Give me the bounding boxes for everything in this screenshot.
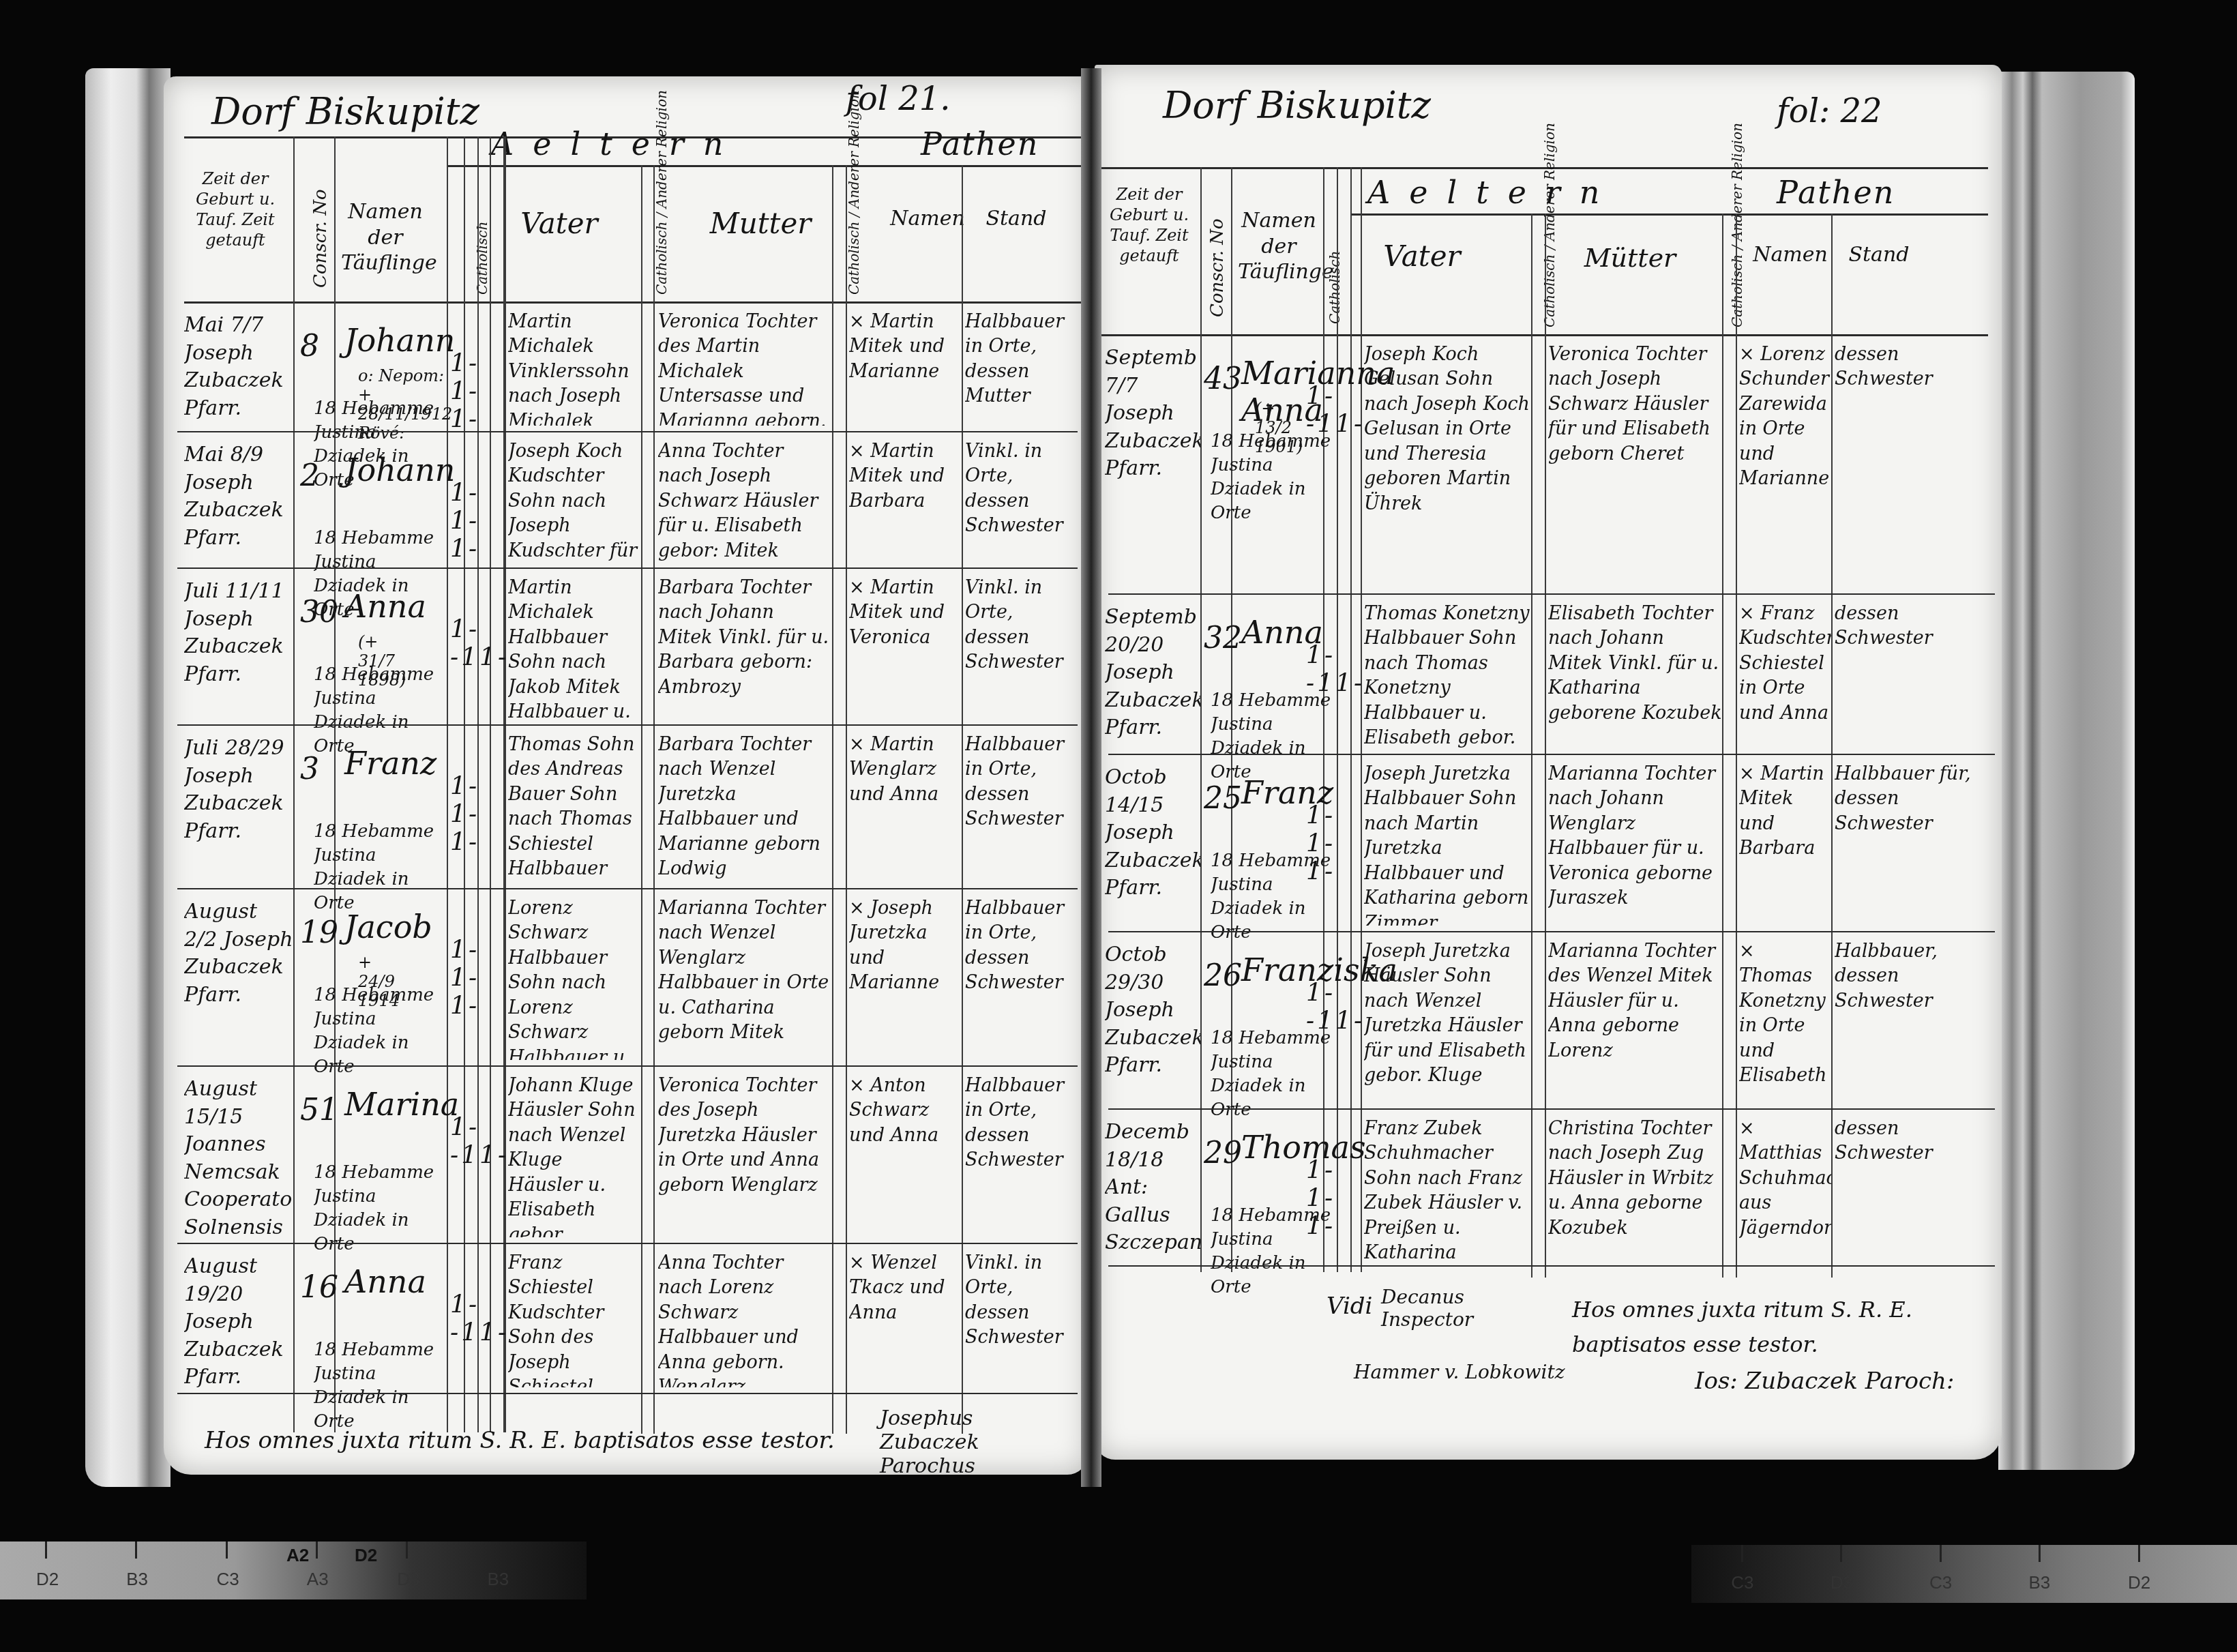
ruler-tick: [226, 1542, 228, 1559]
house-number: 8: [300, 329, 319, 364]
sponsors-entry: × Martin Wenglarz und Anna: [849, 733, 962, 883]
midwife: 18 Hebamme Justina Dziadek in Orte: [314, 820, 450, 915]
ruler-tick: [1940, 1545, 1942, 1562]
entry-divider: [1108, 1265, 1995, 1267]
entry-divider: [1108, 593, 1995, 595]
house-number: 51: [300, 1093, 338, 1127]
entry-divider: [177, 1243, 1078, 1244]
father-entry: Johann Kluge Häusler Sohn nach Wenzel Kl…: [508, 1074, 641, 1237]
mother-flags-header: Catholisch / Anderer Religion: [1729, 218, 1745, 327]
ruler-label: B3: [2029, 1572, 2051, 1593]
ruler-label: D3: [397, 1569, 419, 1590]
sponsor-status-entry: Vinkl. in Orte, dessen Schwester: [965, 576, 1081, 719]
status-marks: 1--11-: [450, 1113, 509, 1169]
sponsors-entry: × Wenzel Tkacz und Anna: [849, 1251, 962, 1387]
mother-entry: Anna Tochter nach Joseph Schwarz Häusler…: [658, 439, 832, 562]
column-rule: [490, 136, 491, 1432]
sponsors-entry: × Martin Mitek und Barbara: [1739, 762, 1831, 926]
house-number: 16: [300, 1270, 338, 1305]
midwife: 18 Hebamme Justina Dziadek in Orte: [1211, 689, 1340, 784]
father-entry: Thomas Sohn des Andreas Bauer Sohn nach …: [508, 733, 641, 883]
ruler-tick: [135, 1542, 137, 1559]
sponsors-entry: × Matthias Schuhmacher aus Jägerndorf: [1739, 1117, 1831, 1260]
visa-signature: Decanus Inspector: [1381, 1286, 1531, 1331]
sponsor-status-entry: dessen Schwester: [1835, 342, 1985, 588]
mother-entry: Christina Tochter nach Joseph Zug Häusle…: [1548, 1117, 1722, 1260]
status-marks: 1-1-1-: [1306, 801, 1335, 885]
book-edge-right: [1998, 72, 2135, 1470]
entry-divider: [1108, 1108, 1995, 1110]
ruler-top-label: A2: [286, 1545, 309, 1566]
sponsors-entry: × Joseph Juretzka und Marianne: [849, 896, 962, 1060]
house-number: 19: [300, 915, 338, 950]
entry-date: Mai 7/7 Joseph Zubaczek Pfarr.: [184, 312, 293, 428]
mother-entry: Veronica Tochter des Martin Michalek Unt…: [658, 310, 832, 426]
sponsor-status-header: Stand: [972, 206, 1061, 232]
attestation-text: Hos omnes juxta ritum S. R. E. baptisato…: [1572, 1293, 1954, 1362]
child-name-header: Namen der Täuflinge: [341, 199, 430, 276]
status-marks: 1-1-1-: [450, 936, 479, 1020]
visa-label: Vidi: [1327, 1293, 1372, 1320]
ruler-tick: [2039, 1545, 2041, 1562]
mother-header: Mütter: [1572, 242, 1688, 275]
house-number: 32: [1204, 621, 1242, 655]
priest-signature: Ios: Zubaczek Paroch:: [1695, 1368, 1954, 1395]
entry-date: Juli 11/11 Joseph Zubaczek Pfarr.: [184, 578, 293, 721]
ruler-label: A3: [307, 1569, 329, 1590]
sponsors-entry: × Thomas Konetzny in Orte und Elisabeth: [1739, 939, 1831, 1103]
priest-signature: Josephus Zubaczek Parochus: [880, 1406, 1043, 1478]
child-name: Jacob: [344, 909, 432, 945]
sponsor-status-entry: Halbbauer in Orte, dessen Schwester: [965, 896, 1081, 1060]
entry-date: Decemb 18/18 Ant: Gallus Szczepan: [1105, 1119, 1200, 1262]
rule: [184, 301, 1084, 304]
child-name: Anna: [344, 1263, 426, 1300]
sponsor-name-header: Namen: [890, 206, 965, 232]
child-name: Franz: [344, 745, 436, 782]
column-rule: [1531, 213, 1532, 1278]
sponsor-status-entry: dessen Schwester: [1835, 1117, 1985, 1260]
father-flags-header: Catholisch / Anderer Religion: [653, 172, 670, 295]
sponsor-status-entry: Halbbauer in Orte, dessen Schwester: [965, 733, 1081, 883]
house-number: 2: [300, 458, 319, 493]
ruler-label: C3: [217, 1569, 239, 1590]
ruler-label: C3: [1929, 1572, 1952, 1593]
column-rule: [503, 136, 506, 1432]
ruler-top-label: D2: [355, 1545, 377, 1566]
house-number-header: Conscr. No: [310, 192, 331, 288]
father-entry: Franz Zubek Schuhmacher Sohn nach Franz …: [1364, 1117, 1531, 1260]
mother-entry: Barbara Tochter nach Johann Mitek Vinkl.…: [658, 576, 832, 719]
sponsor-status-entry: Halbbauer für, dessen Schwester: [1835, 762, 1985, 926]
attestation-text: Hos omnes juxta ritum S. R. E. baptisato…: [205, 1427, 835, 1454]
sponsor-status-entry: Vinkl. in Orte, dessen Schwester: [965, 1251, 1081, 1387]
ruler-tick: [1840, 1545, 1842, 1562]
entry-divider: [1108, 754, 1995, 755]
column-rule: [293, 136, 295, 1432]
house-number: 3: [300, 752, 319, 786]
column-rule: [1736, 213, 1737, 1278]
child-name: Johann: [344, 322, 455, 359]
entry-date: Septemb 20/20 Joseph Zubaczek Pfarr.: [1105, 604, 1200, 750]
midwife: 18 Hebamme Justina Dziadek in Orte: [1211, 430, 1340, 525]
father-entry: Joseph Juretzka Halbbauer Sohn nach Mart…: [1364, 762, 1531, 926]
ruler-label: D2: [36, 1569, 59, 1590]
ruler-label: C3: [1731, 1572, 1753, 1593]
status-marks: 1--11-: [1306, 979, 1365, 1035]
status-marks: 1--11-: [1306, 641, 1365, 697]
mother-entry: Anna Tochter nach Lorenz Schwarz Halbbau…: [658, 1251, 832, 1387]
sponsors-entry: × Martin Mitek und Veronica: [849, 576, 962, 719]
sponsor-status-entry: Vinkl. in Orte, dessen Schwester: [965, 439, 1081, 562]
house-number-header: Conscr. No: [1207, 215, 1228, 317]
status-marks: 1--11-: [1306, 382, 1365, 438]
house-number: 43: [1204, 362, 1242, 396]
entry-divider: [177, 431, 1078, 432]
father-entry: Franz Schiestel Kudschter Sohn des Josep…: [508, 1251, 641, 1387]
child-name: Thomas: [1241, 1129, 1366, 1166]
mother-header: Mutter: [702, 206, 818, 242]
house-number: 26: [1204, 958, 1242, 993]
book-edge-left: [85, 68, 171, 1487]
child-name: Marina: [344, 1086, 459, 1123]
sponsor-status-entry: Halbbauer in Orte, dessen Schwester: [965, 1074, 1081, 1237]
father-entry: Joseph Koch Kudschter Sohn nach Joseph K…: [508, 439, 641, 562]
status-marks: 1--11-: [450, 1290, 509, 1346]
column-rule: [1545, 213, 1546, 1278]
status-marks: 1--11-: [450, 615, 509, 671]
parents-group-header: Aeltern: [1367, 174, 1618, 211]
ruler-label: D3: [1831, 1572, 1853, 1593]
mother-entry: Marianna Tochter des Wenzel Mitek Häusle…: [1548, 939, 1722, 1103]
column-rule: [1200, 167, 1202, 1272]
status-marks: 1-1-1-: [450, 772, 479, 856]
house-number: 30: [300, 595, 338, 630]
column-rule: [1722, 213, 1723, 1278]
status-marks: 1-1-1-: [450, 349, 479, 433]
folio-number: fol: 22: [1777, 92, 1882, 130]
parents-group-header: Aeltern: [491, 126, 742, 162]
ruler-tick: [406, 1542, 408, 1559]
sponsors-group-header: Pathen: [1777, 174, 1895, 211]
ruler-tick: [497, 1542, 499, 1559]
midwife: 18 Hebamme Justina Dziadek in Orte: [314, 1338, 450, 1434]
entry-date: Octob 29/30 Joseph Zubaczek Pfarr.: [1105, 941, 1200, 1105]
entry-date: Septemb 7/7 Joseph Zubaczek Pfarr.: [1105, 344, 1200, 590]
scale-ruler-right: C3D3C3B3D2: [1691, 1545, 2237, 1603]
father-flags-header: Catholisch / Anderer Religion: [1541, 218, 1558, 327]
entry-divider: [177, 1393, 1078, 1394]
sponsors-entry: × Martin Mitek und Marianne: [849, 310, 962, 426]
entry-divider: [177, 567, 1078, 569]
father-entry: Thomas Konetzny Halbbauer Sohn nach Thom…: [1364, 602, 1531, 748]
status-marks: 1-1-1-: [450, 479, 479, 563]
child-name-header: Namen der Täuflinge: [1238, 208, 1320, 285]
right-page: Dorf Biskupitz fol: 22 Aeltern Pathen Ze…: [1095, 65, 2002, 1460]
entry-date: August 2/2 Joseph Zubaczek Pfarr.: [184, 898, 293, 1062]
scale-ruler-left: D2B3C3A3D3B3A2D2: [0, 1542, 587, 1599]
entry-date: Mai 8/9 Joseph Zubaczek Pfarr.: [184, 441, 293, 564]
entry-date: Octob 14/15 Joseph Zubaczek Pfarr.: [1105, 764, 1200, 928]
date-column-header: Zeit der Geburt u. Tauf. Zeit getauft: [1098, 184, 1200, 266]
entry-date: August 15/15 Joannes Nemcsak Cooperator …: [184, 1076, 293, 1239]
mother-flags-header: Catholisch / Anderer Religion: [846, 172, 862, 295]
sponsors-group-header: Pathen: [921, 126, 1039, 162]
ruler-label: B3: [487, 1569, 509, 1590]
column-rule: [1361, 167, 1362, 1272]
book-gutter: [1081, 68, 1101, 1487]
sponsor-name-header: Namen: [1753, 242, 1828, 268]
mother-entry: Elisabeth Tochter nach Johann Mitek Vink…: [1548, 602, 1722, 748]
mother-entry: Veronica Tochter nach Joseph Schwarz Häu…: [1548, 342, 1722, 588]
ruler-tick: [45, 1542, 47, 1559]
entry-divider: [177, 724, 1078, 726]
sponsor-status-header: Stand: [1835, 242, 1923, 268]
father-entry: Martin Michalek Vinklerssohn nach Joseph…: [508, 310, 641, 426]
ruler-tick: [2138, 1545, 2140, 1562]
sponsor-status-entry: Halbbauer in Orte, dessen Mutter: [965, 310, 1081, 426]
entry-date: August 19/20 Joseph Zubaczek Pfarr.: [184, 1253, 293, 1389]
status-marks: 1-1-1-: [1306, 1156, 1335, 1240]
mother-entry: Veronica Tochter des Joseph Juretzka Häu…: [658, 1074, 832, 1237]
ruler-tick: [1741, 1545, 1743, 1562]
flags-header: Catholisch: [474, 172, 490, 295]
page-title: Dorf Biskupitz: [1163, 84, 1431, 127]
entry-divider: [177, 1065, 1078, 1067]
page-title: Dorf Biskupitz: [211, 90, 479, 133]
father-entry: Martin Michalek Halbbauer Sohn nach Jako…: [508, 576, 641, 719]
child-name: Johann: [344, 452, 455, 488]
left-page: Dorf Biskupitz fol 21. Aeltern Pathen Ze…: [164, 76, 1088, 1475]
sponsor-status-entry: Halbbauer, dessen Schwester: [1835, 939, 1985, 1103]
sponsors-entry: × Franz Kudschter Schiestel in Orte und …: [1739, 602, 1831, 748]
entry-date: Juli 28/29 Joseph Zubaczek Pfarr.: [184, 735, 293, 885]
father-header: Vater: [512, 206, 607, 242]
sponsors-entry: × Lorenz Schunder Zarewida in Orte und M…: [1739, 342, 1831, 588]
mother-entry: Marianna Tochter nach Johann Wenglarz Ha…: [1548, 762, 1722, 926]
column-rule: [1831, 213, 1833, 1278]
mother-entry: Barbara Tochter nach Wenzel Juretzka Hal…: [658, 733, 832, 883]
house-number: 25: [1204, 781, 1242, 816]
sponsors-entry: × Anton Schwarz und Anna: [849, 1074, 962, 1237]
flags-header: Catholisch: [1327, 188, 1343, 324]
column-rule: [1350, 167, 1352, 1272]
date-column-header: Zeit der Geburt u. Tauf. Zeit getauft: [177, 168, 293, 250]
father-entry: Joseph Koch Gelusan Sohn nach Joseph Koc…: [1364, 342, 1531, 588]
ruler-label: B3: [126, 1569, 148, 1590]
sponsors-entry: × Martin Mitek und Barbara: [849, 439, 962, 562]
entry-divider: [1108, 931, 1995, 932]
father-entry: Lorenz Schwarz Halbbauer Sohn nach Loren…: [508, 896, 641, 1060]
ruler-tick: [316, 1542, 318, 1559]
mother-entry: Marianna Tochter nach Wenzel Wenglarz Ha…: [658, 896, 832, 1060]
visa-place: Hammer v. Lobkowitz: [1354, 1361, 1565, 1383]
entry-divider: [177, 888, 1078, 889]
rule: [447, 165, 1081, 167]
sponsor-status-entry: dessen Schwester: [1835, 602, 1985, 748]
child-name: Anna: [344, 588, 426, 625]
father-header: Vater: [1374, 239, 1470, 275]
ruler-label: D2: [2128, 1572, 2150, 1593]
father-entry: Joseph Juretzka Häusler Sohn nach Wenzel…: [1364, 939, 1531, 1103]
rule: [1350, 213, 1988, 216]
house-number: 29: [1204, 1136, 1242, 1170]
